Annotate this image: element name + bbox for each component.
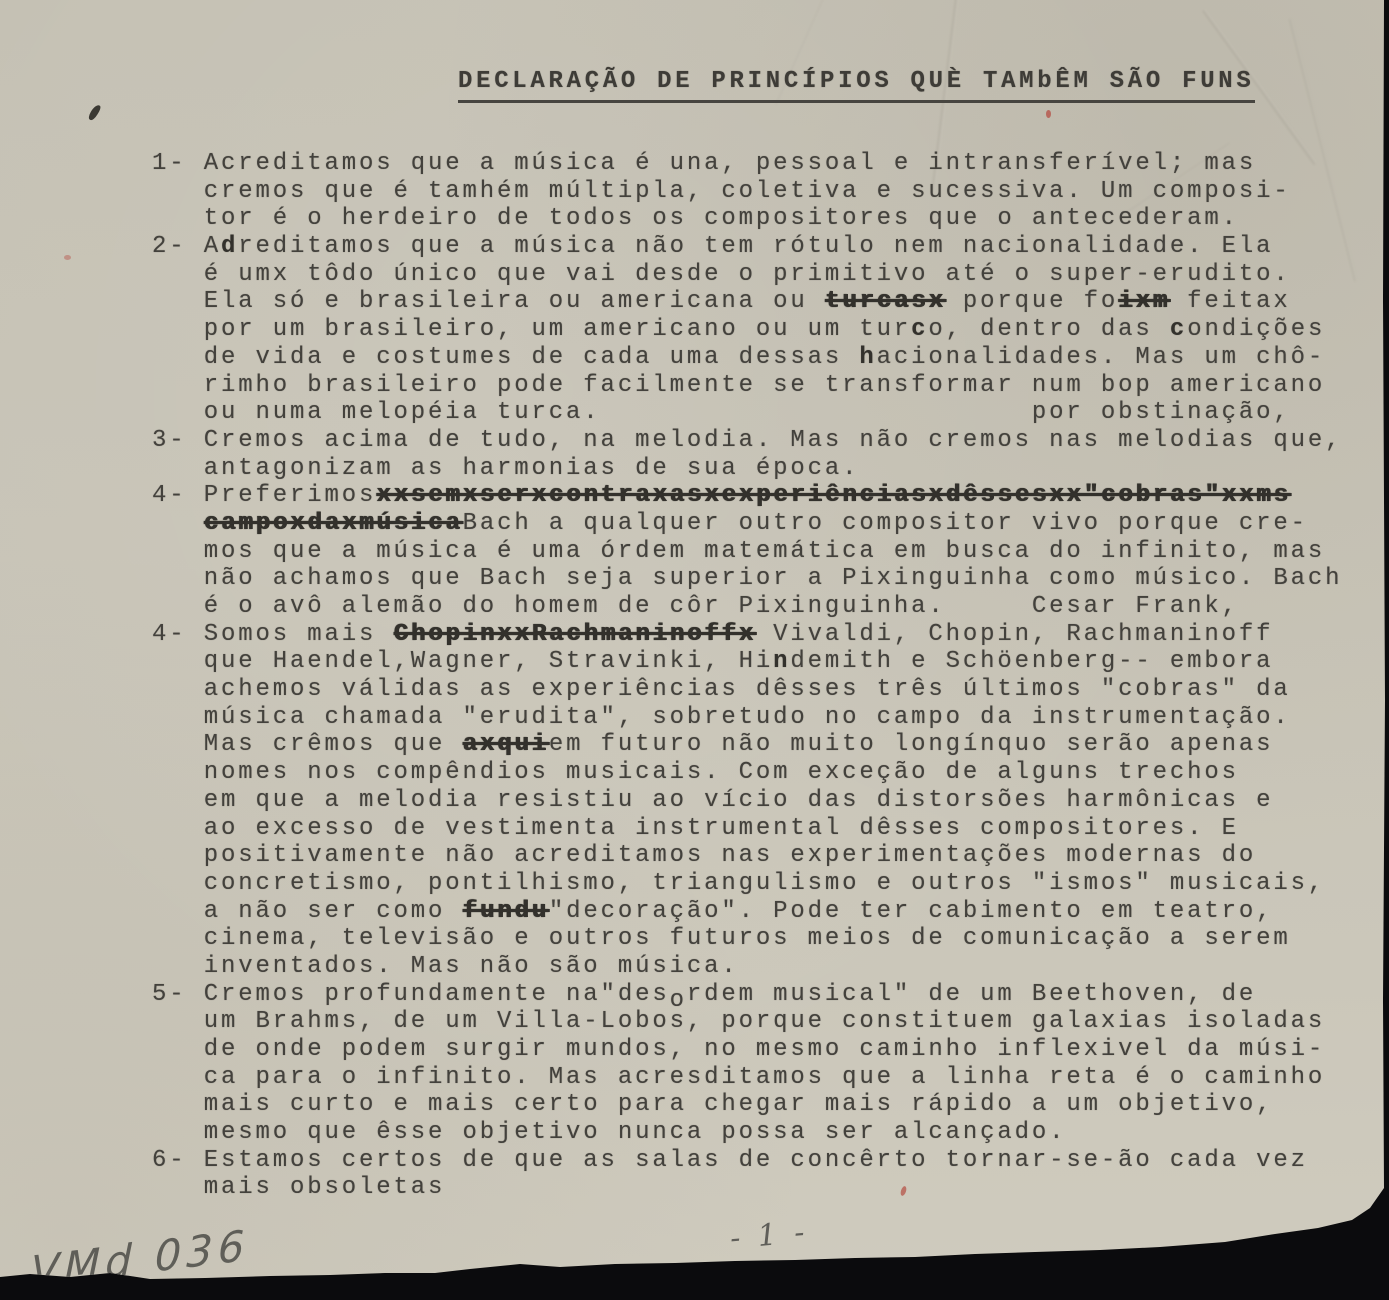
- typed-segment: concretismo, pontilhismo, triangulismo e…: [152, 870, 1325, 897]
- typed-line: 4- Preferimosxxsemxserxcontraxasxexperiê…: [152, 482, 1342, 510]
- document-title: DECLARAÇÃO DE PRINCÍPIOS QUÈ TAMbÊM SÃO …: [458, 68, 1255, 103]
- struck-out-text: turcasx: [825, 288, 946, 315]
- typed-line: um Brahms, de um Villa-Lobos, porque con…: [152, 1008, 1342, 1036]
- typed-segment: Ela só e brasileira ou americana ou: [152, 288, 825, 315]
- typed-segment: positivamente não acreditamos nas experi…: [152, 842, 1256, 869]
- typed-line: em que a melodia resistiu ao vício das d…: [152, 787, 1342, 815]
- typed-segment: "decoração". Pode ter cabimento em teatr…: [549, 898, 1274, 925]
- typed-line: nomes nos compêndios musicais. Com exceç…: [152, 759, 1342, 787]
- typed-line: música chamada "erudita", sobretudo no c…: [152, 704, 1342, 732]
- typed-line: rimho brasileiro pode facilmente se tran…: [152, 372, 1342, 400]
- struck-out-text: fundu: [463, 898, 549, 925]
- typed-line: mais obsoletas: [152, 1174, 1342, 1202]
- typed-segment: c: [1170, 316, 1187, 343]
- typed-segment: é umx tôdo único que vai desde o primiti…: [152, 261, 1291, 288]
- typed-segment: a não ser como: [152, 898, 463, 925]
- struck-out-text: xxsemxserxcontraxasxexperiênciasxdêssesx…: [376, 482, 1290, 509]
- typed-segment: ondições: [1187, 316, 1325, 343]
- typed-line: 5- Cremos profundamente na"desordem musi…: [152, 981, 1342, 1009]
- struck-out-text: axqui: [463, 731, 549, 758]
- typed-line: antagonizam as harmonias de sua época.: [152, 455, 1342, 483]
- typed-segment: c: [911, 316, 928, 343]
- red-speck: [1046, 110, 1051, 118]
- typed-line: campoxdaxmúsicaBach a qualquer outro com…: [152, 510, 1342, 538]
- typed-segment: antagonizam as harmonias de sua época.: [152, 455, 859, 482]
- typed-segment: [152, 510, 204, 537]
- struck-out-text: ChopinxxRachmaninoffx: [394, 621, 756, 648]
- typed-segment: mesmo que êsse objetivo nunca possa ser …: [152, 1119, 1066, 1146]
- typed-segment: um Brahms, de um Villa-Lobos, porque con…: [152, 1008, 1325, 1035]
- typed-line: tor é o herdeiro de todos os compositore…: [152, 205, 1342, 233]
- typed-segment: cinema, televisão e outros futuros meios…: [152, 925, 1291, 952]
- typed-segment: acionalidades. Mas um chô-: [877, 344, 1326, 371]
- typed-segment: mais obsoletas: [152, 1174, 445, 1201]
- typed-line: por um brasileiro, um americano ou um tu…: [152, 316, 1342, 344]
- typed-segment: 5- Cremos profundamente na"des: [152, 981, 670, 1008]
- typed-segment: 1- Acreditamos que a música é una, pesso…: [152, 150, 1256, 177]
- typed-line: mos que a música é uma órdem matemática …: [152, 538, 1342, 566]
- typed-segment: em futuro não muito longínquo serão apen…: [549, 731, 1274, 758]
- typed-segment: que Haendel,Wagner, Stravinki, Hi: [152, 648, 773, 675]
- typed-segment: ca para o infinito. Mas acresditamos que…: [152, 1064, 1325, 1091]
- typed-text: 1- Acreditamos que a música é una, pesso…: [152, 150, 1342, 1202]
- typed-line: ou numa melopéia turca. por obstinação,: [152, 399, 1342, 427]
- page-number: - 1 -: [729, 1215, 810, 1257]
- typed-segment: o, dentro das: [928, 316, 1170, 343]
- typed-line: Mas crêmos que axquiem futuro não muito …: [152, 731, 1342, 759]
- typed-line: que Haendel,Wagner, Stravinki, Hindemith…: [152, 648, 1342, 676]
- typed-segment: achemos válidas as experiências dêsses t…: [152, 676, 1291, 703]
- typed-line: não achamos que Bach seja superior a Pix…: [152, 565, 1342, 593]
- typed-segment: Bach a qualquer outro compositor vivo po…: [463, 510, 1308, 537]
- typed-segment: tor é o herdeiro de todos os compositore…: [152, 205, 1239, 232]
- struck-out-text: ixm: [1118, 288, 1170, 315]
- typed-segment: música chamada "erudita", sobretudo no c…: [152, 704, 1291, 731]
- typed-segment: demith e Schöenberg-- embora: [790, 648, 1273, 675]
- typed-segment: cremos que é tamhém múltipla, coletiva e…: [152, 178, 1291, 205]
- typed-line: mais curto e mais certo para chegar mais…: [152, 1091, 1342, 1119]
- typed-segment: 2- A: [152, 233, 221, 260]
- typed-line: 6- Estamos certos de que as salas de con…: [152, 1147, 1342, 1175]
- typed-line: inventados. Mas não são música.: [152, 953, 1342, 981]
- typed-segment: em que a melodia resistiu ao vício das d…: [152, 787, 1273, 814]
- typed-segment: de onde podem surgir mundos, no mesmo ca…: [152, 1036, 1325, 1063]
- typed-line: Ela só e brasileira ou americana ou turc…: [152, 288, 1342, 316]
- typed-line: mesmo que êsse objetivo nunca possa ser …: [152, 1119, 1342, 1147]
- typed-segment: porque fo: [946, 288, 1119, 315]
- typed-line: ca para o infinito. Mas acresditamos que…: [152, 1064, 1342, 1092]
- catalog-code-handwriting: VMd 036: [30, 1220, 249, 1296]
- typed-segment: 4- Preferimos: [152, 482, 376, 509]
- ink-mark: [87, 103, 102, 121]
- typed-segment: o: [670, 987, 687, 1015]
- typed-line: é o avô alemão do homem de côr Pixinguin…: [152, 593, 1342, 621]
- typed-segment: não achamos que Bach seja superior a Pix…: [152, 565, 1342, 592]
- typed-segment: ao excesso de vestimenta instrumental dê…: [152, 815, 1239, 842]
- typed-line: ao excesso de vestimenta instrumental dê…: [152, 815, 1342, 843]
- struck-out-text: campoxdaxmúsica: [204, 510, 463, 537]
- typed-line: achemos válidas as experiências dêsses t…: [152, 676, 1342, 704]
- typed-line: positivamente não acreditamos nas experi…: [152, 842, 1342, 870]
- typed-segment: reditamos que a música não tem rótulo ne…: [238, 233, 1273, 260]
- typed-segment: h: [859, 344, 876, 371]
- typed-line: a não ser como fundu"decoração". Pode te…: [152, 898, 1342, 926]
- typed-line: 3- Cremos acima de tudo, na melodia. Mas…: [152, 427, 1342, 455]
- typed-line: é umx tôdo único que vai desde o primiti…: [152, 261, 1342, 289]
- typed-segment: mais curto e mais certo para chegar mais…: [152, 1091, 1273, 1118]
- typed-segment: n: [773, 648, 790, 675]
- typed-segment: de vida e costumes de cada uma dessas: [152, 344, 859, 371]
- typed-segment: rdem musical" de um Beethoven, de: [687, 981, 1256, 1008]
- typed-segment: Vivaldi, Chopin, Rachmaninoff: [756, 621, 1274, 648]
- typed-segment: 3- Cremos acima de tudo, na melodia. Mas…: [152, 427, 1342, 454]
- typed-segment: por um brasileiro, um americano ou um tu…: [152, 316, 911, 343]
- typed-line: 4- Somos mais ChopinxxRachmaninoffx Viva…: [152, 621, 1342, 649]
- red-speck: [64, 255, 71, 260]
- typed-segment: Mas crêmos que: [152, 731, 463, 758]
- typed-line: de vida e costumes de cada uma dessas ha…: [152, 344, 1342, 372]
- typed-segment: 6- Estamos certos de que as salas de con…: [152, 1147, 1308, 1174]
- typed-segment: mos que a música é uma órdem matemática …: [152, 538, 1325, 565]
- typed-line: cinema, televisão e outros futuros meios…: [152, 925, 1342, 953]
- typed-segment: ou numa melopéia turca. por obstinação,: [152, 399, 1291, 426]
- typed-segment: d: [221, 233, 238, 260]
- typed-line: cremos que é tamhém múltipla, coletiva e…: [152, 178, 1342, 206]
- typed-segment: inventados. Mas não são música.: [152, 953, 739, 980]
- typed-segment: rimho brasileiro pode facilmente se tran…: [152, 372, 1325, 399]
- typed-line: 1- Acreditamos que a música é una, pesso…: [152, 150, 1342, 178]
- typed-segment: 4- Somos mais: [152, 621, 394, 648]
- typed-line: 2- Adreditamos que a música não tem rótu…: [152, 233, 1342, 261]
- typed-segment: é o avô alemão do homem de côr Pixinguin…: [152, 593, 1239, 620]
- typed-segment: nomes nos compêndios musicais. Com exceç…: [152, 759, 1239, 786]
- typed-line: concretismo, pontilhismo, triangulismo e…: [152, 870, 1342, 898]
- typed-segment: feitax: [1170, 288, 1291, 315]
- paper-sheet: DECLARAÇÃO DE PRINCÍPIOS QUÈ TAMbÊM SÃO …: [0, 0, 1389, 1300]
- typed-line: de onde podem surgir mundos, no mesmo ca…: [152, 1036, 1342, 1064]
